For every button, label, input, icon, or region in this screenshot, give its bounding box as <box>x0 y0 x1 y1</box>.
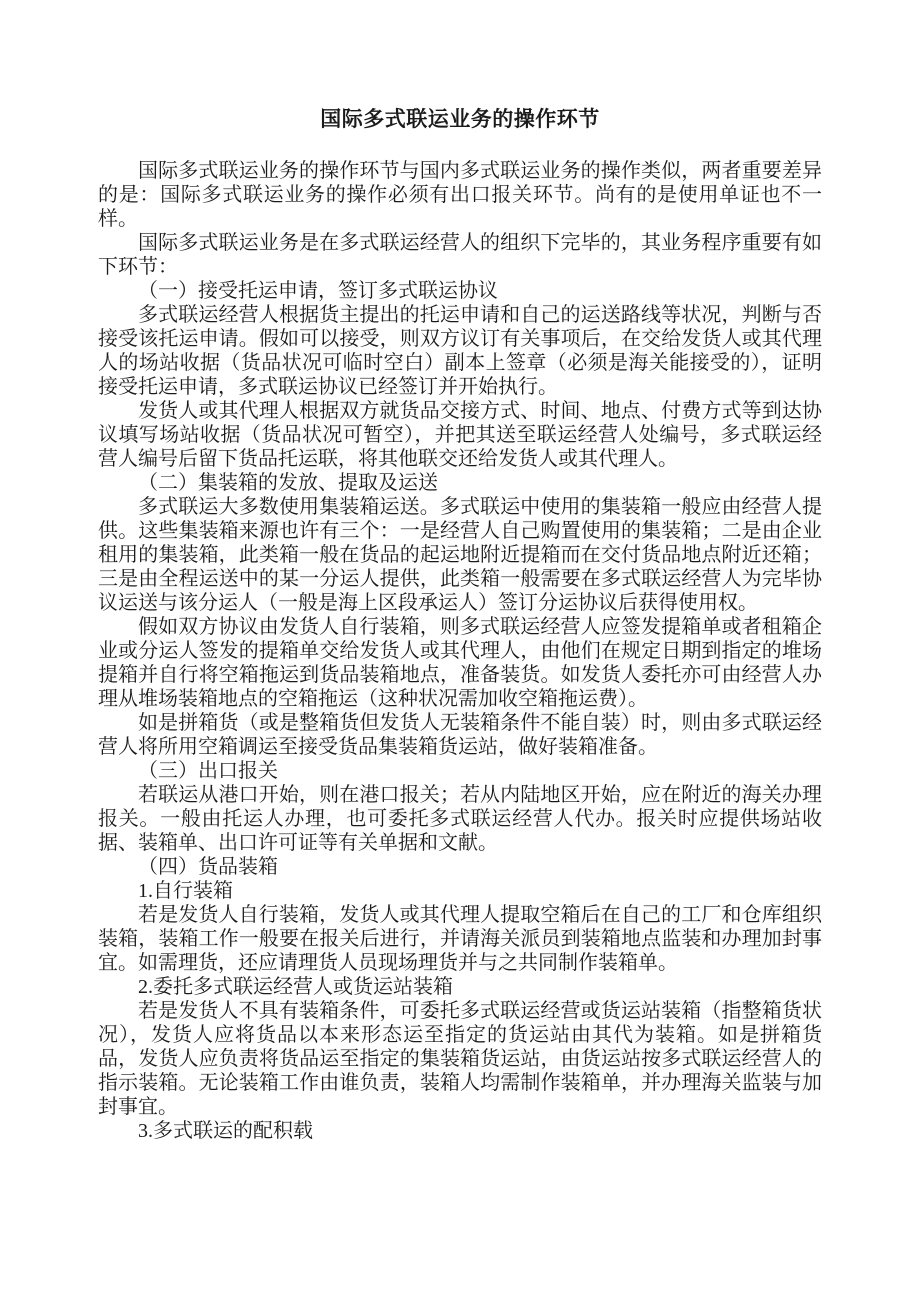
paragraph-intro-1: 国际多式联运业务的操作环节与国内多式联运业务的操作类似，两者重要差异的是：国际多… <box>98 159 822 231</box>
subsection-heading-2: 2.委托多式联运经营人或货运站装箱 <box>98 975 822 999</box>
paragraph: 多式联运经营人根据货主提出的托运申请和自己的运送路线等状况，判断与否接受该托运申… <box>98 303 822 399</box>
section-heading-3: （三）出口报关 <box>98 759 822 783</box>
paragraph: 多式联运大多数使用集装箱运送。多式联运中使用的集装箱一般应由经营人提供。这些集装… <box>98 495 822 615</box>
subsection-heading-1: 1.自行装箱 <box>98 879 822 903</box>
paragraph-intro-2: 国际多式联运业务是在多式联运经营人的组织下完毕的，其业务程序重要有如下环节： <box>98 231 822 279</box>
section-heading-4: （四）货品装箱 <box>98 855 822 879</box>
paragraph: 假如双方协议由发货人自行装箱，则多式联运经营人应签发提箱单或者租箱企业或分运人签… <box>98 615 822 711</box>
section-heading-2: （二）集装箱的发放、提取及运送 <box>98 471 822 495</box>
document-page: 国际多式联运业务的操作环节 国际多式联运业务的操作环节与国内多式联运业务的操作类… <box>0 0 920 1302</box>
document-body: 国际多式联运业务的操作环节与国内多式联运业务的操作类似，两者重要差异的是：国际多… <box>98 159 822 1143</box>
document-title: 国际多式联运业务的操作环节 <box>98 106 822 132</box>
paragraph: 若联运从港口开始，则在港口报关；若从内陆地区开始，应在附近的海关办理报关。一般由… <box>98 783 822 855</box>
section-heading-1: （一）接受托运申请，签订多式联运协议 <box>98 279 822 303</box>
paragraph: 若是发货人不具有装箱条件，可委托多式联运经营或货运站装箱（指整箱货状况），发货人… <box>98 999 822 1119</box>
subsection-heading-3: 3.多式联运的配积载 <box>98 1119 822 1143</box>
paragraph: 如是拼箱货（或是整箱货但发货人无装箱条件不能自装）时，则由多式联运经营人将所用空… <box>98 711 822 759</box>
paragraph: 若是发货人自行装箱，发货人或其代理人提取空箱后在自己的工厂和仓库组织装箱，装箱工… <box>98 903 822 975</box>
paragraph: 发货人或其代理人根据双方就货品交接方式、时间、地点、付费方式等到达协议填写场站收… <box>98 399 822 471</box>
